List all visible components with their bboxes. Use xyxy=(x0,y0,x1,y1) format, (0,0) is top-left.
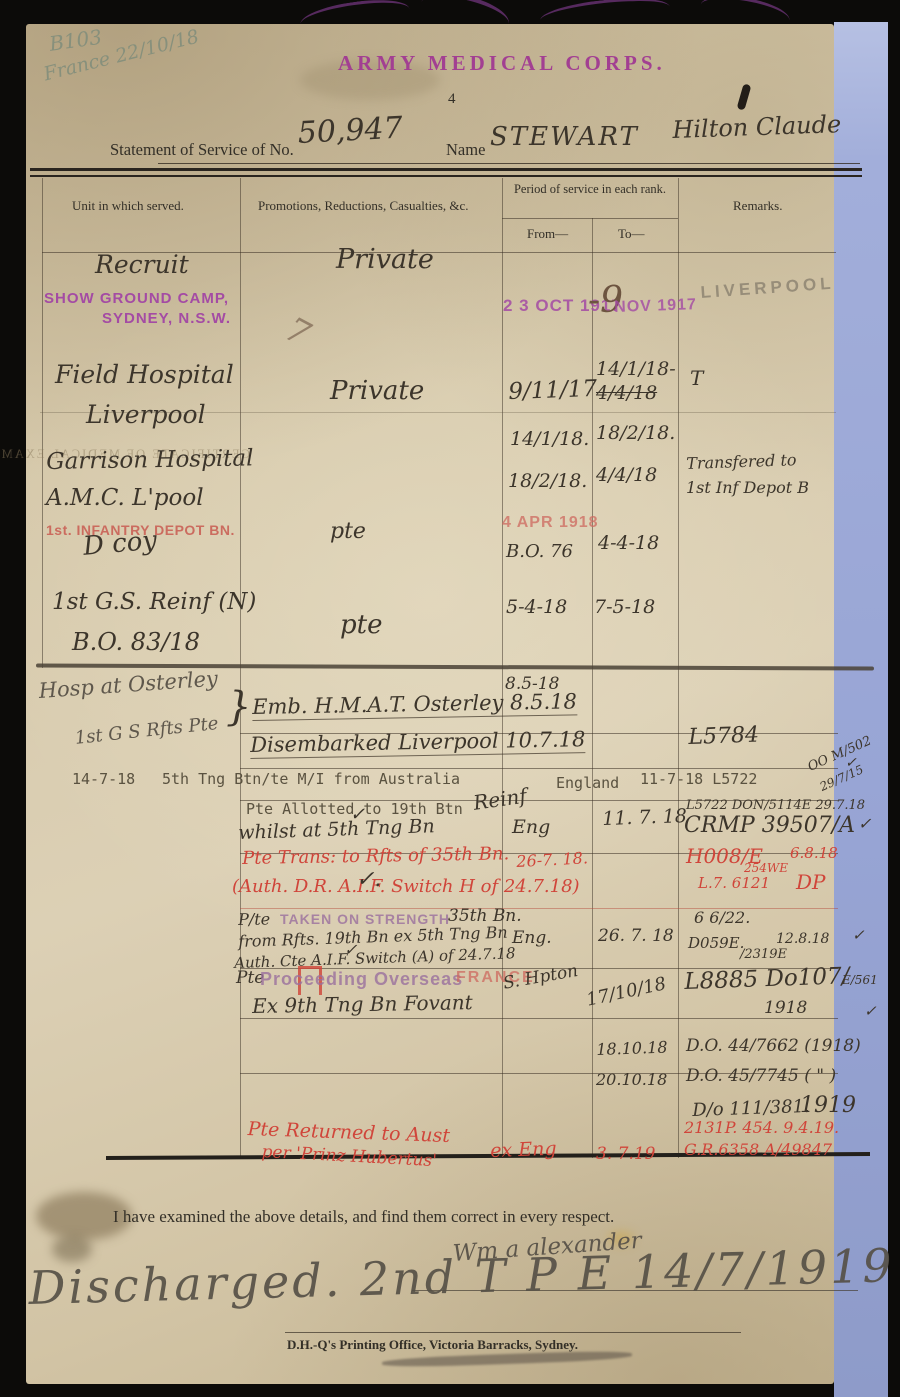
brace-mark: } xyxy=(226,686,251,728)
taken-pte: P/te xyxy=(238,911,270,928)
to-14-1-18: 14/1/18- xyxy=(596,360,676,380)
remark-2319e: /2319E xyxy=(740,948,787,962)
adjacent-page-edge xyxy=(834,22,888,1397)
typed-unit-line: 5th Tng Btn/te M/I from Australia xyxy=(162,772,460,788)
checkmark-icon: ✓. xyxy=(356,868,381,891)
checkmark-icon: ✓ xyxy=(864,1004,877,1020)
unit-liverpool: Liverpool xyxy=(86,402,206,428)
header-to: To— xyxy=(618,227,645,241)
remark-transferred-2: 1st Inf Depot B xyxy=(686,480,809,497)
title-stamp: ARMY MEDICAL CORPS. xyxy=(338,52,666,74)
column-line-from-to xyxy=(592,218,593,1158)
period-header-rule xyxy=(502,218,678,219)
service-number: 50,947 xyxy=(297,113,403,150)
unit-amc-lpool: A.M.C. L'pool xyxy=(46,486,204,510)
rank-pte-1: pte xyxy=(330,520,366,543)
to-4-4-18b: 4-4-18 xyxy=(598,534,659,554)
unit-garrison-hospital: Garrison Hospital xyxy=(46,446,254,474)
from-eng-1: Eng xyxy=(512,818,550,838)
from-5-4-18: 5-4-18 xyxy=(506,598,567,618)
name-label: Name xyxy=(446,141,485,158)
returned-ex-eng: ex Eng xyxy=(490,1140,557,1162)
service-record-page: B103 France 22/10/18 ARMY MEDICAL CORPS.… xyxy=(0,0,900,1397)
remark-d059e: D059E. xyxy=(688,936,744,952)
certify-statement: I have examined the above details, and f… xyxy=(113,1208,614,1226)
date-18-10-18: 18.10.18 xyxy=(596,1040,668,1059)
rank-pte-2: pte xyxy=(340,612,382,639)
date-stamp-nov-1917: NOV 1917 xyxy=(614,297,697,317)
checkmark-icon: ✓ xyxy=(845,756,857,771)
checkmark-icon: ✓ xyxy=(852,928,865,944)
remark-12-8-18: 12.8.18 xyxy=(776,932,829,947)
remark-crmp: CRMP 39507/A xyxy=(684,814,855,837)
unit-bo-83-18: B.O. 83/18 xyxy=(72,630,200,655)
remark-l5722-don: L5722 DON/5114E 29.7.18 xyxy=(686,799,865,813)
returned-date: 3. 7.19 xyxy=(596,1146,655,1164)
remark-e561: E/561 xyxy=(842,974,878,987)
remark-l5784: L5784 xyxy=(688,724,759,750)
remark-do-44: D.O. 44/7662 (1918) xyxy=(686,1038,861,1056)
unit-gs-reinf: 1st G.S. Reinf (N) xyxy=(52,590,256,614)
typed-11-7-18: 11-7-18 L5722 xyxy=(640,772,757,788)
from-14-1-18: 14/1/18. xyxy=(510,430,589,450)
unit-field-hospital: Field Hospital xyxy=(55,362,234,388)
header-promotions: Promotions, Reductions, Casualties, &c. xyxy=(258,199,469,213)
remark-6-6-22: 6 6/22. xyxy=(694,910,750,927)
red-remark-254we: 254WE xyxy=(744,862,788,875)
from-18-2-18: 18/2/18. xyxy=(508,472,587,492)
from-9-11-17: 9/11/17 xyxy=(508,377,597,404)
printer-imprint: D.H.-Q's Printing Office, Victoria Barra… xyxy=(287,1338,578,1352)
to-11-7-18: 11. 7. 18 xyxy=(602,807,687,830)
checkmark-icon: ✓ xyxy=(344,942,357,959)
proceeding-overseas-stamp: Proceeding Overseas xyxy=(260,970,463,989)
remark-1919: 1919 xyxy=(800,1094,856,1117)
from-bo-76: B.O. 76 xyxy=(506,543,573,562)
row-rule xyxy=(240,768,838,769)
proceeding-line2: Ex 9th Tng Bn Fovant xyxy=(252,992,473,1017)
rank-private-2: Private xyxy=(330,378,424,405)
to-7-5-18: 7-5-18 xyxy=(594,598,655,618)
sydney-nsw-stamp: SYDNEY, N.S.W. xyxy=(102,311,231,327)
apr-1918-stamp: 4 APR 1918 xyxy=(502,515,599,532)
returned-remark1: 2131P. 454. 9.4.19. xyxy=(684,1120,839,1137)
date-20-10-18: 20.10.18 xyxy=(596,1072,667,1089)
remark-l8885: L8885 Do107/ xyxy=(684,964,850,994)
remark-t: T xyxy=(690,368,703,389)
header-period: Period of service in each rank. xyxy=(508,183,672,196)
header-unit: Unit in which served. xyxy=(72,199,184,213)
surname: STEWART xyxy=(490,124,639,151)
to-18-2-18: 18/2/18. xyxy=(596,424,675,444)
to-4-4-18-struck: 4/4/18 xyxy=(596,384,657,404)
header-from: From— xyxy=(527,227,568,241)
remark-1918: 1918 xyxy=(764,1000,807,1018)
row-rule xyxy=(240,1018,838,1019)
paper-stain xyxy=(52,1236,92,1262)
from-8-5-18: 8.5-18 xyxy=(505,676,559,694)
unit-d-coy: D coy xyxy=(82,528,158,562)
statement-label: Statement of Service of No. xyxy=(110,141,294,158)
given-names: Hilton Claude xyxy=(672,112,842,143)
show-ground-camp-stamp: SHOW GROUND CAMP, xyxy=(44,291,229,307)
header-remarks: Remarks. xyxy=(733,199,782,213)
name-underline xyxy=(158,163,860,164)
from-eng-2: Eng. xyxy=(512,930,552,948)
double-rule-bottom xyxy=(30,175,862,177)
red-remark-6-8-18: 6.8.18 xyxy=(790,846,838,862)
remark-do-45: D.O. 45/7745 ( " ) xyxy=(686,1068,836,1086)
rank-private-1: Private xyxy=(336,246,434,274)
red-remark-l7-6121: L.7. 6121 xyxy=(698,876,770,892)
returned-remark2: G.R.6358 A/49847 xyxy=(684,1142,832,1159)
double-rule-top xyxy=(30,168,862,171)
red-remark-dp: DP xyxy=(796,872,826,893)
to-4-4-18: 4/4/18 xyxy=(596,466,657,486)
typed-england: England xyxy=(556,776,619,792)
to-26-7-18: 26. 7. 18 xyxy=(598,928,674,946)
red-from-26-7-18: 26-7. 18. xyxy=(516,850,588,871)
unit-recruit: Recruit xyxy=(95,252,189,278)
printer-rule xyxy=(285,1332,741,1333)
page-number: 4 xyxy=(448,92,456,108)
red-trans-line2: (Auth. D.R. A.I.F. Switch H of 24.7.18) xyxy=(232,878,580,897)
margin-date-14-7-18: 14-7-18 xyxy=(72,772,135,788)
remark-transferred-1: Transfered to xyxy=(686,452,797,473)
checkmark-icon: ✓ xyxy=(858,816,871,833)
